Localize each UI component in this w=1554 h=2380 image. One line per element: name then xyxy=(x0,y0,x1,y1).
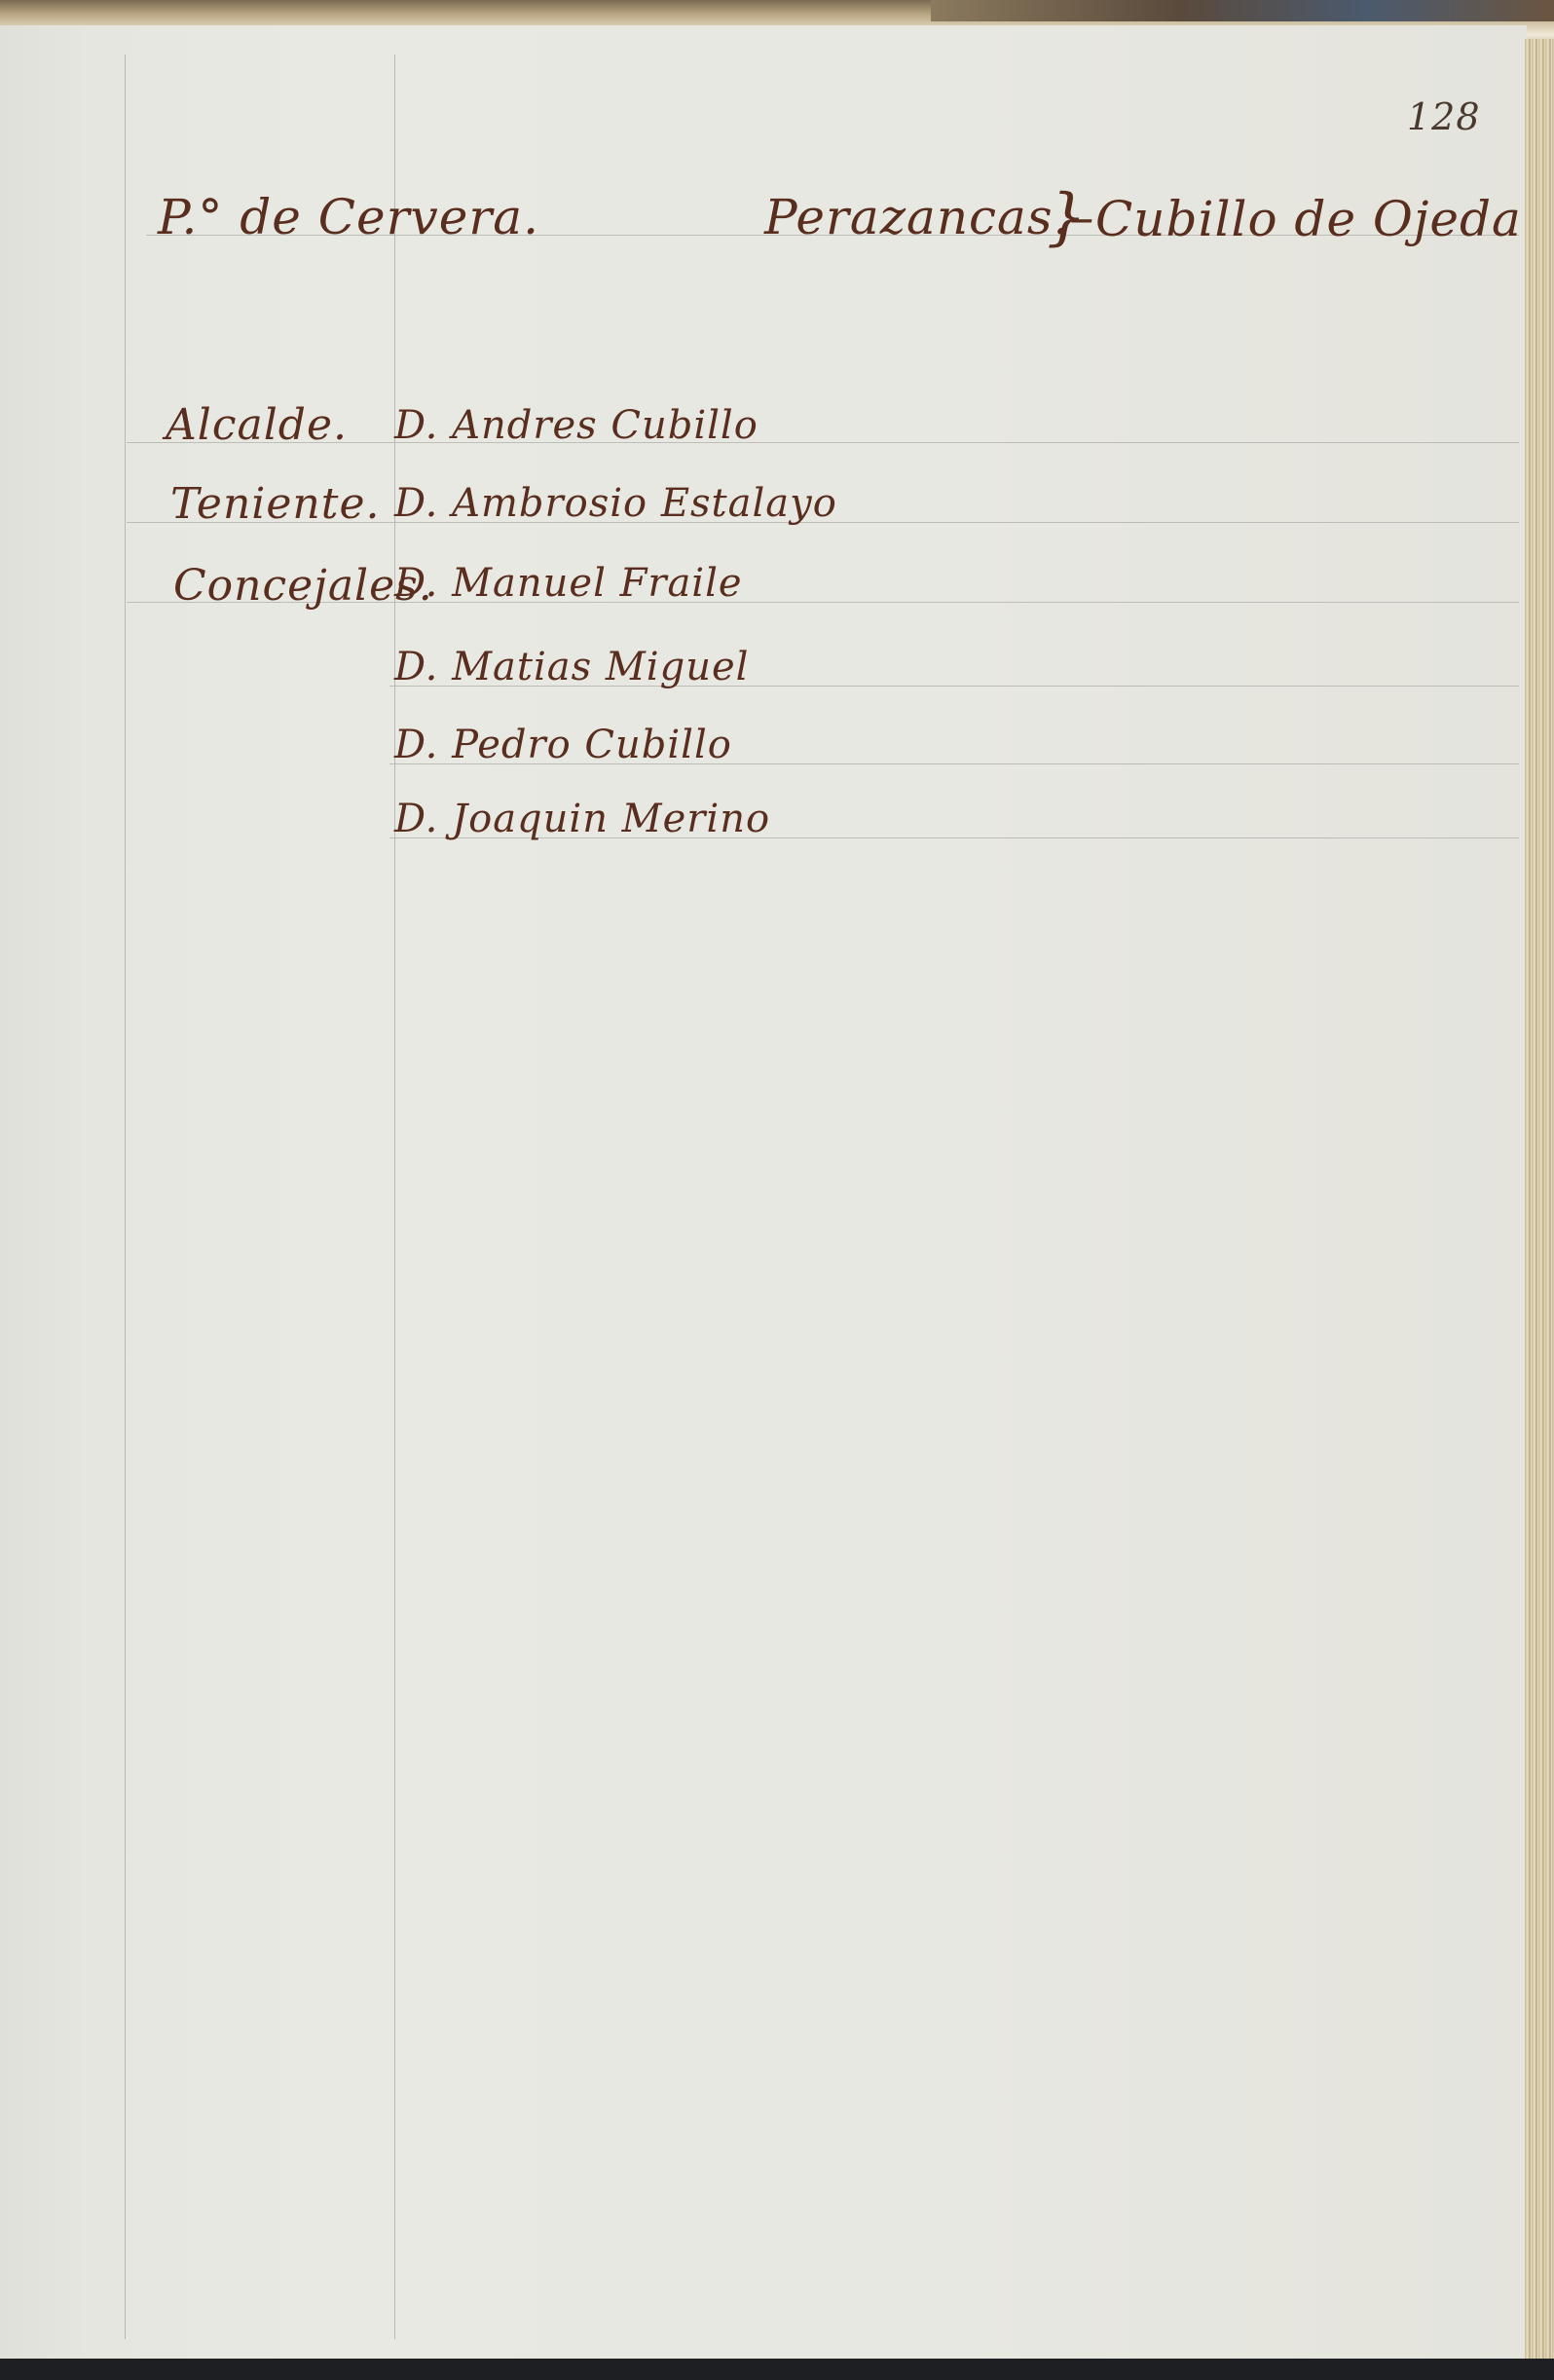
official-name: D. Andres Cubillo xyxy=(394,403,758,448)
page-number: 128 xyxy=(1407,95,1481,138)
official-name: D. Manuel Fraile xyxy=(394,561,743,606)
page-stack-edge xyxy=(1525,39,1554,2361)
official-name: D. Ambrosio Estalayo xyxy=(394,481,837,526)
town-heading: Perazancas.– xyxy=(764,189,1094,245)
role-label: Alcalde. xyxy=(166,400,348,450)
district-heading: P.° de Cervera. xyxy=(158,189,539,245)
official-name: D. Matias Miguel xyxy=(394,645,749,689)
role-label: Teniente. xyxy=(170,479,380,529)
name-column-line xyxy=(394,55,395,2339)
official-name: D. Joaquin Merino xyxy=(394,797,770,841)
scan-background xyxy=(0,2359,1554,2380)
book-cover-edge xyxy=(931,0,1554,21)
manuscript-page: 128 P.° de Cervera. Perazancas.– } Cubil… xyxy=(0,25,1527,2359)
official-name: D. Pedro Cubillo xyxy=(394,723,732,767)
left-margin-line xyxy=(125,55,126,2339)
brace-symbol: } xyxy=(1047,181,1088,253)
locality-heading: Cubillo de Ojeda. xyxy=(1095,191,1538,247)
